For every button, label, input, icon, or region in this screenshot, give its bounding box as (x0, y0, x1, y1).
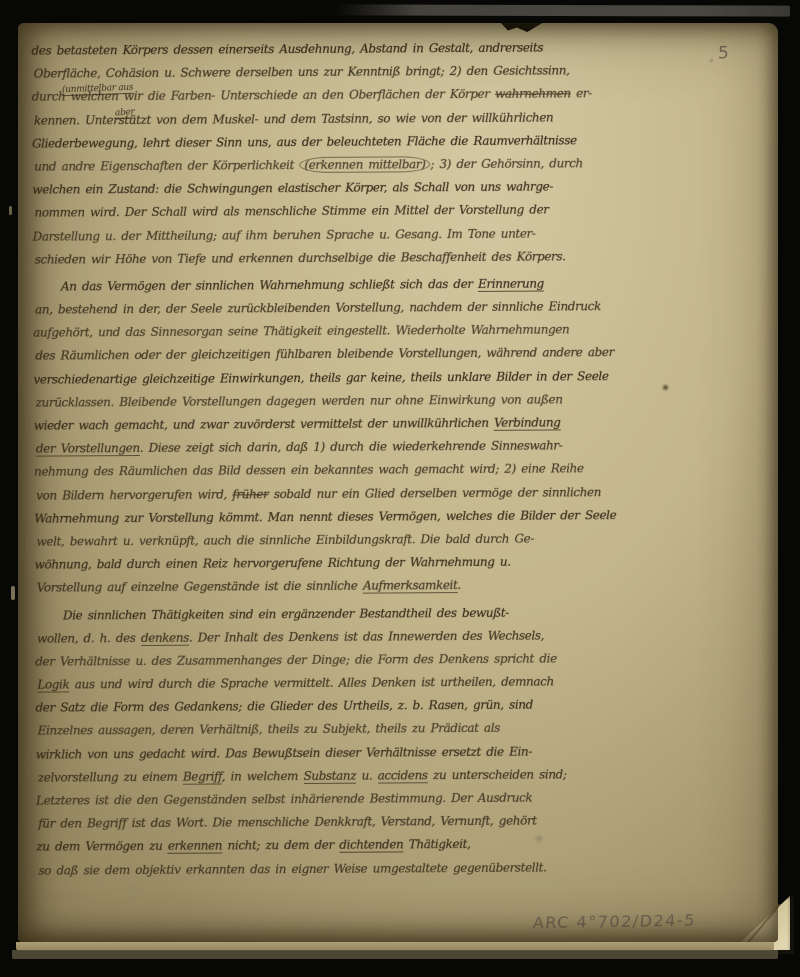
manuscript-underlined-text: der Vorstellungen (36, 441, 140, 457)
manuscript-text-segment: welt, bewahrt u. verknüpft, auch die sin… (36, 532, 534, 549)
manuscript-underlined-text: dichtenden (339, 838, 403, 853)
page-edge-sliver (11, 586, 15, 600)
manuscript-text-segment: kennen. Unterstützt von dem Muskel- und … (34, 110, 553, 127)
manuscript-underlined-text: Aufmerksamkeit (363, 578, 458, 594)
page-number: 5 (718, 42, 759, 63)
manuscript-text-segment: wieder wach gemacht, und zwar zuvörderst… (34, 416, 494, 433)
manuscript-text-segment: Thätigkeit, (403, 837, 470, 851)
manuscript-line: nommen wird. Der Schall wird als menschl… (34, 199, 572, 225)
manuscript-text-segment: Darstellung u. der Mittheilung; auf ihm … (33, 226, 536, 243)
manuscript-line: der Vorstellungen. Diese zeigt sich dari… (36, 435, 574, 461)
manuscript-paragraph: An das Vermögen der sinnlichen Wahrnehmu… (33, 272, 575, 600)
manuscript-text-segment: und andre Eigenschaften der Körperlichke… (34, 158, 299, 174)
manuscript-text-segment: Vorstellung auf einzelne Gegenstände ist… (37, 579, 363, 595)
manuscript-line: Oberfläche, Cohäsion u. Schwere derselbe… (34, 60, 572, 86)
manuscript-underlined-text: denkens (141, 630, 189, 645)
manuscript-underlined-text: Verbindung (494, 415, 561, 430)
underlying-sheet-edge (12, 950, 778, 959)
foxing-spot (710, 59, 713, 62)
manuscript-text-segment: verschiedenartige gleichzeitige Einwirku… (33, 369, 608, 387)
manuscript-text-segment: . Diese zeigt sich darin, daß 1) durch d… (140, 439, 563, 456)
manuscript-line: der Verhältnisse u. des Zusammenhanges d… (35, 647, 575, 673)
manuscript-line: zelvorstellung zu einem Begriff, in welc… (38, 763, 576, 789)
page-edge-sliver (9, 206, 12, 215)
manuscript-underlined-text: Logik (37, 678, 69, 693)
manuscript-text-segment: zu unterscheiden sind; (428, 767, 567, 782)
manuscript-paragraph: Die sinnlichen Thätigkeiten sind ein erg… (35, 601, 577, 883)
manuscript-line: nehmung des Räumlichen das Bild dessen e… (34, 458, 574, 484)
manuscript-text-segment: welchen ein Zustand: die Schwingungen el… (32, 180, 553, 197)
manuscript-underlined-text: erkennen (168, 839, 222, 854)
interlinear-insertion: aber (115, 107, 135, 119)
manuscript-text-segment: wollen, d. h. des (37, 631, 141, 646)
manuscript-text-segment: zu dem Vermögen zu (36, 839, 168, 854)
manuscript-text-segment: schieden wir Höhe von Tiefe und erkennen… (35, 249, 566, 266)
manuscript-paragraph: des betasteten Körpers dessen einerseits… (31, 36, 572, 271)
manuscript-line: für den Begriff ist das Wort. Die mensch… (38, 810, 576, 836)
manuscript-line: des betasteten Körpers dessen einerseits… (31, 36, 571, 62)
folded-corner-crease (740, 904, 786, 946)
manuscript-line: Vorstellung auf einzelne Gegenstände ist… (37, 574, 575, 600)
manuscript-line: der Satz die Form des Gedankens; die Gli… (35, 694, 575, 720)
manuscript-text-segment: nommen wird. Der Schall wird als menschl… (34, 203, 548, 220)
manuscript-circled-text: (erkennen mittelbar) (299, 156, 430, 173)
manuscript-text-segment: des Räumlichen oder der gleichzeitigen f… (35, 346, 614, 364)
manuscript-line: des Räumlichen oder der gleichzeitigen f… (35, 342, 573, 368)
manuscript-text-segment: der Verhältnisse u. des Zusammenhanges d… (35, 651, 557, 668)
manuscript-text-segment: nicht; zu dem der (222, 838, 339, 853)
manuscript-text-segment: aufgehört, und das Sinnesorgan seine Thä… (33, 323, 569, 340)
manuscript-underlined-text: Substanz (303, 769, 356, 784)
foxing-spot (536, 836, 542, 841)
manuscript-text-segment: . (457, 578, 461, 592)
manuscript-text-segment: An das Vermögen der sinnlichen Wahrnehmu… (61, 277, 478, 294)
manuscript-text-segment: wöhnung, bald durch einen Reiz hervorger… (35, 555, 511, 572)
manuscript-line: Die sinnlichen Thätigkeiten sind ein erg… (35, 601, 575, 627)
manuscript-line: zurücklassen. Bleibende Vorstellungen da… (36, 388, 574, 414)
manuscript-text-segment: Einzelnes aussagen, deren Verhältniß, th… (38, 721, 500, 738)
manuscript-line: schieden wir Höhe von Tiefe und erkennen… (35, 245, 573, 271)
manuscript-text-segment: der Satz die Form des Gedankens; die Gli… (35, 698, 532, 715)
manuscript-text-segment: aus und wird durch die Sprache vermittel… (69, 675, 553, 692)
manuscript-text-segment: zurücklassen. Bleibende Vorstellungen da… (36, 392, 563, 409)
manuscript-text-segment: für den Begriff ist das Wort. Die mensch… (38, 814, 537, 831)
manuscript-line: wieder wach gemacht, und zwar zuvörderst… (34, 411, 574, 437)
manuscript-underlined-text: Erinnerung (478, 276, 544, 291)
manuscript-text-segment: ; 3) der Gehörsinn, durch (430, 156, 582, 171)
manuscript-text-segment: u. (356, 768, 378, 782)
manuscript-line: wöhnung, bald durch einen Reiz hervorger… (35, 550, 575, 576)
manuscript-text-segment: sobald nur ein Glied derselben vermöge d… (268, 485, 601, 501)
archive-reference: ARC 4°702/D24-5 (532, 911, 696, 933)
manuscript-struck-text: wahrnehmen (495, 87, 571, 101)
manuscript-line: Wahrnehmung zur Vorstellung kömmt. Man n… (34, 504, 574, 530)
manuscript-line: an, bestehend in der, der Seele zurückbl… (35, 295, 573, 321)
manuscript-text-segment: von Bildern hervorgerufen wird, (36, 487, 232, 502)
manuscript-line: so daß sie dem objektiv erkannten das in… (38, 856, 576, 882)
manuscript-underlined-text: Begriff (183, 769, 222, 784)
manuscript-line: Einzelnes aussagen, deren Verhältniß, th… (38, 717, 576, 743)
manuscript-text: des betasteten Körpers dessen einerseits… (31, 36, 576, 882)
manuscript-text-segment: Gliederbewegung, lehrt dieser Sinn uns, … (32, 133, 577, 150)
manuscript-struck-text: früher (232, 487, 268, 501)
manuscript-line: und andre Eigenschaften der Körperlichke… (34, 152, 572, 178)
manuscript-text-segment: des betasteten Körpers dessen einerseits… (31, 41, 543, 58)
manuscript-underlined-text: accidens (378, 768, 428, 783)
manuscript-text-segment: wirklich von uns gedacht wird. Das Bewuß… (36, 744, 532, 761)
foxing-spot (131, 887, 138, 893)
manuscript-text-segment: er- (571, 87, 592, 101)
manuscript-line: aufgehört, und das Sinnesorgan seine Thä… (33, 319, 573, 345)
manuscript-line: welt, bewahrt u. verknüpft, auch die sin… (36, 527, 574, 553)
manuscript-line: Logik aus und wird durch die Sprache ver… (37, 670, 575, 696)
manuscript-text-segment: an, bestehend in der, der Seele zurückbl… (35, 299, 601, 316)
manuscript-text-segment: Letzteres ist die den Gegenständen selbs… (36, 791, 532, 808)
manuscript-text-segment: Oberfläche, Cohäsion u. Schwere derselbe… (34, 64, 570, 81)
foxing-spot (663, 385, 668, 390)
manuscript-text-segment: . Der Inhalt des Denkens ist das Innewer… (189, 628, 544, 644)
manuscript-text-segment: nehmung des Räumlichen das Bild dessen e… (34, 462, 584, 479)
manuscript-line: verschiedenartige gleichzeitige Einwirku… (33, 365, 573, 391)
manuscript-page: 5 des betasteten Körpers dessen einersei… (18, 23, 778, 942)
manuscript-text-segment: zelvorstellung zu einem (38, 770, 183, 785)
manuscript-line: zu dem Vermögen zu erkennen nicht; zu de… (36, 833, 576, 859)
manuscript-line: An das Vermögen der sinnlichen Wahrnehmu… (33, 272, 573, 298)
manuscript-line: wirklich von uns gedacht wird. Das Bewuß… (36, 740, 576, 766)
scanner-shadow-strip (335, 4, 790, 16)
manuscript-line: Darstellung u. der Mittheilung; auf ihm … (33, 222, 573, 248)
manuscript-line: Gliederbewegung, lehrt dieser Sinn uns, … (32, 129, 572, 155)
manuscript-line: Letzteres ist die den Gegenständen selbs… (36, 786, 576, 812)
manuscript-text-segment: so daß sie dem objektiv erkannten das in… (38, 860, 546, 877)
torn-edge-notch (500, 22, 544, 32)
manuscript-line: welchen ein Zustand: die Schwingungen el… (32, 175, 572, 201)
manuscript-text-segment: Die sinnlichen Thätigkeiten sind ein erg… (63, 605, 509, 622)
manuscript-text-segment: , in welchem (222, 769, 304, 783)
manuscript-text-segment: Wahrnehmung zur Vorstellung kömmt. Man n… (34, 508, 616, 526)
manuscript-line: von Bildern hervorgerufen wird, früher s… (36, 481, 574, 507)
manuscript-line: wollen, d. h. des denkens. Der Inhalt de… (37, 624, 575, 650)
